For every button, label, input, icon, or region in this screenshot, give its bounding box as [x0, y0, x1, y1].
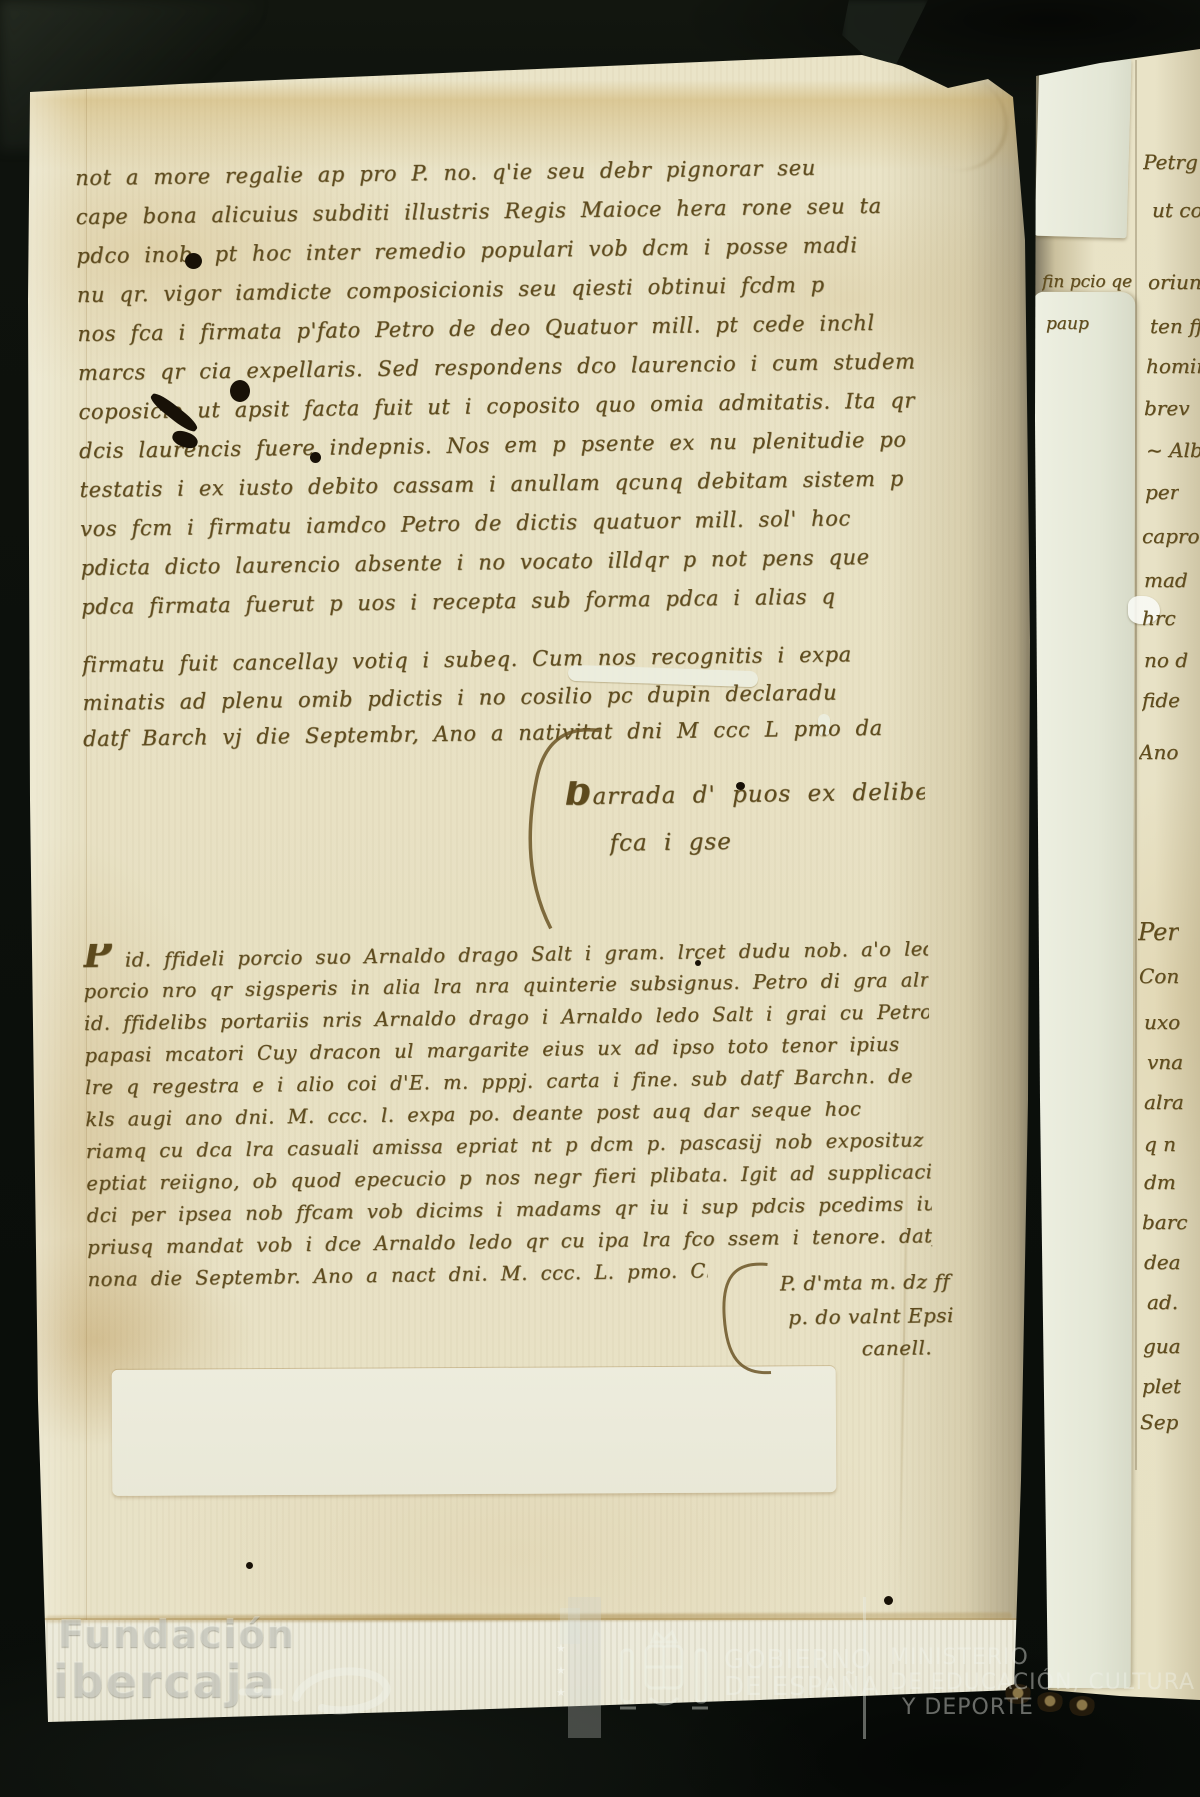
watermark-text: MINISTERIO	[890, 1645, 1029, 1670]
stitch-loop	[1068, 1696, 1096, 1716]
flag-bar-icon	[568, 1597, 601, 1738]
rubric: barrada d' puos ex deliberacioe fca i gs…	[0, 0, 1198, 1]
text-fragment: barc	[1142, 1208, 1188, 1242]
rubric-flourish	[506, 723, 619, 940]
signature-bracket	[715, 1258, 777, 1379]
text-fragment: mad	[1144, 566, 1188, 600]
text-fragment: homin	[1146, 352, 1200, 386]
text-fragment: fide	[1142, 686, 1180, 720]
text-fragment: ad.	[1147, 1288, 1178, 1322]
text-fragment: hrc	[1142, 604, 1176, 638]
text-fragment: uxo	[1144, 1008, 1180, 1042]
star-icon: ★	[556, 1664, 566, 1677]
text-fragment: alra	[1144, 1088, 1184, 1122]
manuscript-line: nona die Septembr. Ano a nact dni. M. cc…	[87, 1256, 707, 1305]
text-fragment: ~ Alb	[1146, 436, 1200, 470]
watermark-text: Fundación	[58, 1612, 296, 1656]
text-fragment: Per	[1138, 918, 1179, 952]
watermark-text: DE ESPAÑA	[724, 1672, 880, 1702]
text-fragment: gua	[1143, 1332, 1181, 1366]
rubric-line: barrada d' puos ex deliberacioe	[565, 776, 926, 821]
text-fragment: brev	[1144, 394, 1190, 428]
watermark-text: Y DEPORTE	[902, 1695, 1034, 1720]
rubric-line: fca i gse	[609, 826, 770, 868]
stitch-loop	[1036, 1692, 1064, 1712]
text-fragment: no d	[1144, 646, 1188, 680]
ink-blot	[246, 1562, 253, 1569]
text-fragment: oriund	[1148, 268, 1200, 302]
manuscript-scan-photo: not a more regalie ap pro P. no. q'ie se…	[0, 0, 1200, 1797]
watermark-text: DE EDUCACIÓN, CULTURA	[890, 1670, 1195, 1695]
text-fragment: dm	[1144, 1168, 1176, 1202]
text-fragment: ten ff	[1150, 312, 1200, 346]
handwriting-layer: not a more regalie ap pro P. no. q'ie se…	[0, 0, 1200, 1797]
ink-blot	[736, 782, 745, 790]
ink-blot	[884, 1596, 893, 1605]
text-fragment: paup	[1046, 310, 1089, 344]
spain-coat-of-arms-icon	[612, 1626, 716, 1720]
text-block-2: P id. ffideli porcio suo Arnaldo drago S…	[0, 0, 1198, 1]
text-fragment: vna	[1147, 1048, 1183, 1082]
text-fragment: dea	[1144, 1248, 1181, 1282]
text-fragment: Con	[1139, 962, 1179, 996]
ink-blot	[185, 253, 202, 269]
star-icon: ★	[556, 1686, 566, 1699]
watermark-divider	[863, 1597, 866, 1739]
text-fragment: Ano	[1139, 738, 1178, 772]
text-block-1: not a more regalie ap pro P. no. q'ie se…	[0, 0, 1198, 1]
text-fragment: Sep	[1140, 1408, 1178, 1442]
watermark-text: GOBIERNO	[724, 1645, 873, 1675]
text-fragment: plet	[1142, 1372, 1181, 1406]
ink-blot	[230, 380, 250, 402]
text-fragment: capro	[1142, 522, 1200, 556]
text-fragment: per	[1145, 478, 1179, 512]
signature-line: canell.	[861, 1332, 972, 1374]
ink-blot	[695, 960, 701, 966]
ibercaja-swoosh-icon	[238, 1658, 398, 1728]
text-fragment: fin pcio qe	[1042, 268, 1138, 302]
text-fragment: ut co	[1152, 196, 1200, 230]
text-fragment: q n	[1144, 1130, 1176, 1164]
star-icon: ★	[556, 1642, 566, 1655]
text-fragment: Petrg	[1143, 148, 1198, 182]
signature-block: P. d'mta m. dz ff p. do valnt Epsi canel…	[0, 0, 1198, 1]
ink-blot	[310, 452, 321, 463]
